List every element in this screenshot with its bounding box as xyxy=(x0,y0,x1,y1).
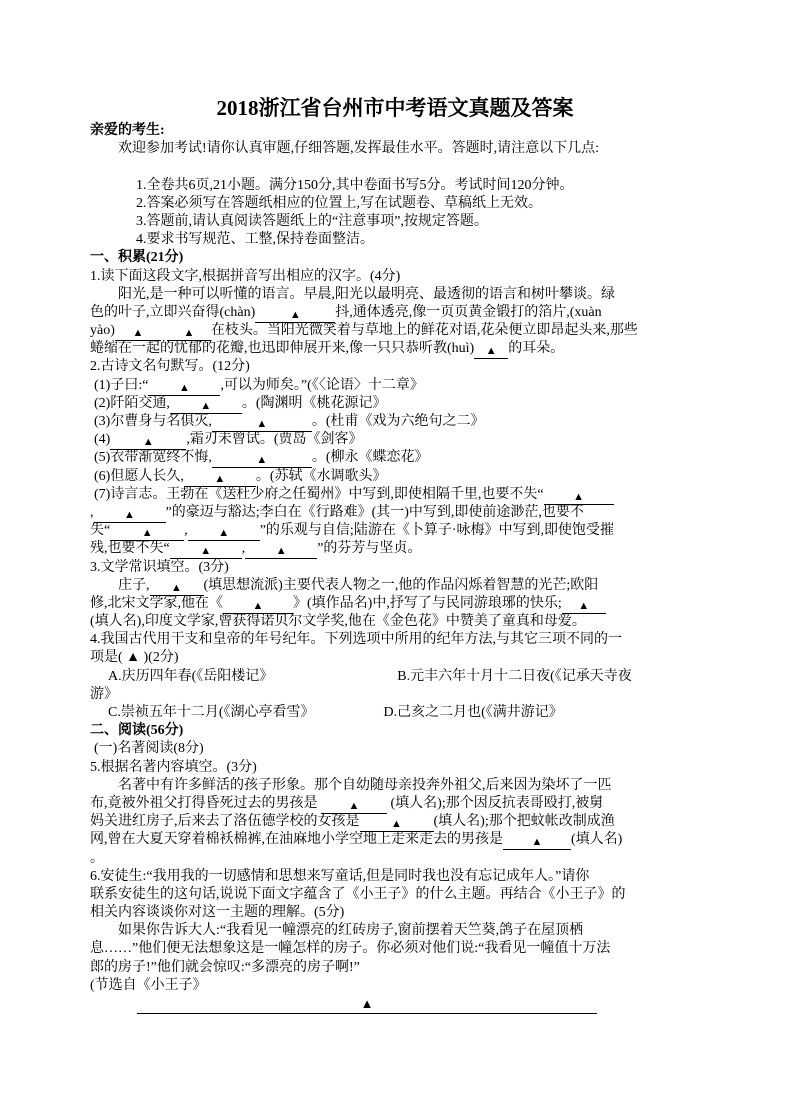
text-segment: 。 xyxy=(90,851,104,866)
text-segment: 残,也要不失“ xyxy=(90,541,170,556)
answer-blank: ▲ xyxy=(212,453,312,468)
q6-quote-2: 息……”他们便无法想象这是一幢怎样的房子。你必须对他们说:“我看见一幢值十万法 xyxy=(90,940,700,958)
q5-passage-3: 妈关进红房子,后来去了洛伍德学校的女孩是▲(填人名);那个把蚊帐改制成渔 xyxy=(90,813,700,831)
q6-stem-3: 相关内容谈谈你对这一主题的理解。(5分) xyxy=(90,904,700,922)
text-segment: (2)阡陌交通, xyxy=(94,396,170,411)
text-segment: 的耳朵。 xyxy=(508,341,564,356)
text-segment: 二、阅读(56分) xyxy=(90,723,183,738)
text-segment: (填思想流派)主要代表人物之一,他的作品闪烁着智慧的光芒;欧阳 xyxy=(204,578,599,593)
text-segment: (1)子曰:“ xyxy=(94,378,148,393)
q4-options-cd: C.崇祯五年十二月(《湖心亭看雪》D.己亥之二月也(《满井游记》 xyxy=(90,704,700,722)
q3-passage-3: (填人名),印度文学家,曾获得诺贝尔文学奖,他在《金色花》中赞美了童真和母爱。 xyxy=(90,613,700,631)
document-lines: 亲爱的考生:欢迎参加考试!请你认真审题,仔细答题,发挥最佳水平。答题时,请注意以… xyxy=(90,122,700,995)
q2-stem: 2.古诗文名句默写。(12分) xyxy=(90,358,700,376)
text-segment: 2.古诗文名句默写。(12分) xyxy=(90,359,250,374)
exam-title: 2018浙江省台州市中考语文真题及答案 xyxy=(90,94,700,122)
q4-option-b-wrap: 游》 xyxy=(90,686,700,704)
q2-item-3: (3)尔曹身与名俱灭,▲。(杜甫《戏为六绝句之二》 xyxy=(90,413,700,431)
answer-blank: ▲ xyxy=(110,435,186,450)
text-segment: (填人名);那个把蚊帐改制成渔 xyxy=(434,814,615,829)
instruction-3: 3.答题前,请认真阅读答题纸上的“注意事项”,按规定答题。 xyxy=(90,213,700,231)
answer-blank: ▲ xyxy=(255,308,335,323)
intro: 欢迎参加考试!请你认真审题,仔细答题,发挥最佳水平。答题时,请注意以下几点: xyxy=(90,140,700,158)
text-segment: B.元丰六年十月十二日夜(《记承天寺夜 xyxy=(397,669,632,684)
text-segment: (填人名) xyxy=(571,832,622,847)
text-segment: (6)但愿人长久, xyxy=(94,469,184,484)
instruction-1: 1.全卷共6页,21小题。满分150分,其中卷面书写5分。考试时间120分钟。 xyxy=(90,177,700,195)
text-segment: D.己亥之二月也(《满井游记》 xyxy=(384,705,563,720)
text-segment: 妈关进红房子,后来去了洛伍德学校的女孩是 xyxy=(90,814,360,829)
answer-blank: ▲ xyxy=(110,526,184,541)
text-segment: (5)衣带渐宽终不悔, xyxy=(94,450,212,465)
exam-page: 2018浙江省台州市中考语文真题及答案 亲爱的考生:欢迎参加考试!请你认真审题,… xyxy=(0,0,790,1119)
text-segment: 名著中有许多鲜活的孩子形象。那个自幼随母亲投奔外祖父,后来因为染坏了一匹 xyxy=(118,778,612,793)
q2-item-7-line-3: 失“▲,▲”的乐观与自信;陆游在《卜算子·咏梅》中写到,即使饱受摧 xyxy=(90,522,700,540)
text-segment: (4) xyxy=(94,432,110,447)
section-2-heading: 二、阅读(56分) xyxy=(90,722,700,740)
q4-options-ab: A.庆历四年春(《岳阳楼记》B.元丰六年十月十二日夜(《记承天寺夜 xyxy=(90,668,700,686)
q1-passage-2: 色的叶子,立即兴奋得(chàn)▲抖,通体透亮,像一页页黄金锻打的箔片,(xuà… xyxy=(90,304,700,322)
q3-passage-2: 修,北宋文学家,他在《▲》(填作品名)中,抒写了与民同游琅琊的快乐;▲ xyxy=(90,595,700,613)
q5-passage-4: 网,曾在大夏天穿着棉袄棉裤,在油麻地小学空地上走来走去的男孩是▲(填人名) xyxy=(90,831,700,849)
text-segment: 》(填作品名)中,抒写了与民同游琅琊的快乐; xyxy=(293,596,562,611)
answer-blank: ▲ xyxy=(245,544,317,559)
text-segment: 3.答题前,请认真阅读答题纸上的“注意事项”,按规定答题。 xyxy=(136,214,488,229)
text-segment: 阳光,是一种可以听懂的语言。早晨,阳光以最明亮、最透彻的语言和树叶攀谈。绿 xyxy=(118,287,615,302)
text-segment: 失“ xyxy=(90,523,110,538)
answer-blank: ▲ xyxy=(544,490,614,505)
q6-quote-1: 如果你告诉大人:“我看见一幢漂亮的红砖房子,窗前摆着天竺葵,鸽子在屋顶栖 xyxy=(90,922,700,940)
text-segment: 1.全卷共6页,21小题。满分150分,其中卷面书写5分。考试时间120分钟。 xyxy=(136,178,574,193)
text-segment: 3.文学常识填空。(3分) xyxy=(90,560,229,575)
section-1-heading: 一、积累(21分) xyxy=(90,249,700,267)
q6-source: (节选自《小王子》 xyxy=(90,977,700,995)
text-segment: 4.要求书写规范、工整,保持卷面整洁。 xyxy=(136,232,374,247)
text-segment: 1.读下面这段文字,根据拼音写出相应的汉字。(4分) xyxy=(90,269,400,284)
text-segment: 相关内容谈谈你对这一主题的理解。(5分) xyxy=(90,905,344,920)
q5-stem: 5.根据名著内容填空。(3分) xyxy=(90,759,700,777)
q1-passage-4: 蜷缩在一起的忧郁的花瓣,也迅即伸展开来,像一只只恭听教(huì)▲的耳朵。 xyxy=(90,340,700,358)
answer-blank: ▲ xyxy=(223,599,293,614)
q4-stem-1: 4.我国古代用干支和皇帝的年号纪年。下列选项中所用的纪年方法,与其它三项不同的一 xyxy=(90,631,700,649)
answer-blank: ▲ xyxy=(148,381,220,396)
text-segment: 一、积累(21分) xyxy=(90,250,183,265)
text-segment: (7)诗言志。王勃在《送杜少府之任蜀州》中写到,即使相隔千里,也要不失“ xyxy=(94,487,544,502)
answer-blank: ▲ xyxy=(170,399,242,414)
text-segment: 色的叶子,立即兴奋得(chàn) xyxy=(90,305,255,320)
answer-blank: ▲ xyxy=(503,835,571,850)
text-segment: (3)尔曹身与名俱灭, xyxy=(94,414,212,429)
answer-blank: ▲ xyxy=(474,344,508,359)
text-segment: 蜷缩在一起的忧郁的花瓣,也迅即伸展开来,像一只只恭听教(huì) xyxy=(90,341,474,356)
q3-stem: 3.文学常识填空。(3分) xyxy=(90,559,700,577)
q2-item-2: (2)阡陌交通,▲。(陶渊明《桃花源记》 xyxy=(90,395,700,413)
q1-passage-3: yào)▲▲在枝头。当阳光微笑着与草地上的鲜花对语,花朵便立即昂起头来,那些 xyxy=(90,322,700,340)
q2-item-1: (1)子曰:“▲,可以为师矣。”(《〈论语〉十二章》 xyxy=(90,377,700,395)
blank-line xyxy=(90,158,700,176)
answer-blank: ▲ xyxy=(212,417,312,432)
q5-passage-2: 布,竟被外祖父打得昏死过去的男孩是 ▲ (填人名);那个因反抗表哥殴打,被舅 xyxy=(90,795,700,813)
text-segment: 。(柳永《蝶恋花》 xyxy=(312,450,429,465)
answer-blank: ▲ xyxy=(150,581,204,596)
answer-blank: ▲ xyxy=(170,544,242,559)
q6-quote-3: 郎的房子!”他们就会惊叹:“多漂亮的房子啊!” xyxy=(90,959,700,977)
text-segment: 联系安徒生的这句话,说说下面文字蕴含了《小王子》的什么主题。再结合《小王子》的 xyxy=(90,887,626,902)
q6-stem-1: 6.安徒生:“我用我的一切感情和思想来写童话,但是同时我也没有忘记成年人。”请你 xyxy=(90,868,700,886)
text-segment: ,可以为师矣。”(《〈论语〉十二章》 xyxy=(220,378,423,393)
text-segment: ”的豪迈与豁达;李白在《行路难》(其一)中写到,即使前途渺茫,也要不 xyxy=(166,505,584,520)
answer-blank: ▲ xyxy=(115,326,161,341)
text-segment: 如果你告诉大人:“我看见一幢漂亮的红砖房子,窗前摆着天竺葵,鸽子在屋顶栖 xyxy=(118,923,583,938)
text-segment: 游》 xyxy=(90,687,118,702)
answer-blank: ▲ xyxy=(321,799,387,814)
text-segment: 在枝头。当阳光微笑着与草地上的鲜花对语,花朵便立即昂起头来,那些 xyxy=(211,323,638,338)
text-segment: 。(苏轼《水调歌头》 xyxy=(256,469,387,484)
text-segment: ”的乐观与自信;陆游在《卜算子·咏梅》中写到,即使饱受摧 xyxy=(260,523,614,538)
text-segment: 欢迎参加考试!请你认真审题,仔细答题,发挥最佳水平。答题时,请注意以下几点: xyxy=(118,141,599,156)
text-segment: 庄子, xyxy=(118,578,150,593)
text-segment: ”的芬芳与坚贞。 xyxy=(317,541,421,556)
text-segment: 2.答案必须写在答题纸相应的位置上,写在试题卷、草稿纸上无效。 xyxy=(136,196,542,211)
q2-item-7-line-4: 残,也要不失“▲,▲”的芬芳与坚贞。 xyxy=(90,540,700,558)
q6-stem-2: 联系安徒生的这句话,说说下面文字蕴含了《小王子》的什么主题。再结合《小王子》的 xyxy=(90,886,700,904)
text-segment: 网,曾在大夏天穿着棉袄棉裤,在油麻地小学空地上走来走去的男孩是 xyxy=(90,832,503,847)
text-segment: 项是( ▲ )(2分) xyxy=(90,650,179,665)
text-segment: yào) xyxy=(90,323,115,338)
answer-area-marker: ▲ xyxy=(137,995,597,1013)
answer-blank: ▲ xyxy=(184,472,256,487)
text-segment: 5.根据名著内容填空。(3分) xyxy=(90,760,257,775)
text-segment: 亲爱的考生: xyxy=(90,123,165,138)
q2-item-7-line-1: (7)诗言志。王勃在《送杜少府之任蜀州》中写到,即使相隔千里,也要不失“▲ xyxy=(90,486,700,504)
text-segment: 修,北宋文学家,他在《 xyxy=(90,596,223,611)
q1-stem: 1.读下面这段文字,根据拼音写出相应的汉字。(4分) xyxy=(90,268,700,286)
text-segment: 布,竟被外祖父打得昏死过去的男孩是 xyxy=(90,796,321,811)
text-segment: 。(陶渊明《桃花源记》 xyxy=(242,396,387,411)
text-segment: (填人名);那个因反抗表哥殴打,被舅 xyxy=(387,796,603,811)
answer-blank: ▲ xyxy=(94,508,166,523)
q2-item-4: (4)▲,霜刃未曾试。(贾岛《剑客》 xyxy=(90,431,700,449)
q3-passage-1: 庄子,▲(填思想流派)主要代表人物之一,他的作品闪烁着智慧的光芒;欧阳 xyxy=(90,577,700,595)
text-segment: A.庆历四年春(《岳阳楼记》 xyxy=(108,669,273,684)
text-segment: 郎的房子!”他们就会惊叹:“多漂亮的房子啊!” xyxy=(90,960,360,975)
text-segment: 抖,通体透亮,像一页页黄金锻打的箔片,(xuàn xyxy=(335,305,601,320)
salutation: 亲爱的考生: xyxy=(90,122,700,140)
answer-blank: ▲ xyxy=(188,526,260,541)
q2-item-6: (6)但愿人长久,▲。(苏轼《水调歌头》 xyxy=(90,468,700,486)
q5-passage-5: 。 xyxy=(90,850,700,868)
text-segment: 4.我国古代用干支和皇帝的年号纪年。下列选项中所用的纪年方法,与其它三项不同的一 xyxy=(90,632,622,647)
answer-area-rule xyxy=(137,1013,597,1014)
column-gap xyxy=(315,715,384,716)
text-segment: ,霜刃未曾试。(贾岛《剑客》 xyxy=(186,432,362,447)
q5-passage-1: 名著中有许多鲜活的孩子形象。那个自幼随母亲投奔外祖父,后来因为染坏了一匹 xyxy=(90,777,700,795)
text-segment: 息……”他们便无法想象这是一幢怎样的房子。你必须对他们说:“我看见一幢值十万法 xyxy=(90,941,610,956)
text-segment: (填人名),印度文学家,曾获得诺贝尔文学奖,他在《金色花》中赞美了童真和母爱。 xyxy=(90,614,586,629)
q2-item-7-line-2: ,▲”的豪迈与豁达;李白在《行路难》(其一)中写到,即使前途渺茫,也要不 xyxy=(90,504,700,522)
part-1-heading: (一)名著阅读(8分) xyxy=(90,740,700,758)
text-segment: C.崇祯五年十二月(《湖心亭看雪》 xyxy=(108,705,315,720)
instruction-2: 2.答案必须写在答题纸相应的位置上,写在试题卷、草稿纸上无效。 xyxy=(90,195,700,213)
text-segment: (一)名著阅读(8分) xyxy=(94,741,204,756)
text-segment: 。(杜甫《戏为六绝句之二》 xyxy=(312,414,485,429)
text-segment: 6.安徒生:“我用我的一切感情和思想来写童话,但是同时我也没有忘记成年人。”请你 xyxy=(90,869,589,884)
instruction-4: 4.要求书写规范、工整,保持卷面整洁。 xyxy=(90,231,700,249)
q1-passage-1: 阳光,是一种可以听懂的语言。早晨,阳光以最明亮、最透彻的语言和树叶攀谈。绿 xyxy=(90,286,700,304)
text-segment: (节选自《小王子》 xyxy=(90,978,207,993)
answer-blank: ▲ xyxy=(360,817,434,832)
q4-stem-2: 项是( ▲ )(2分) xyxy=(90,649,700,667)
answer-blank: ▲ xyxy=(562,599,606,614)
column-gap xyxy=(273,679,397,680)
q2-item-5: (5)衣带渐宽终不悔,▲。(柳永《蝶恋花》 xyxy=(90,449,700,467)
answer-blank: ▲ xyxy=(167,326,211,341)
